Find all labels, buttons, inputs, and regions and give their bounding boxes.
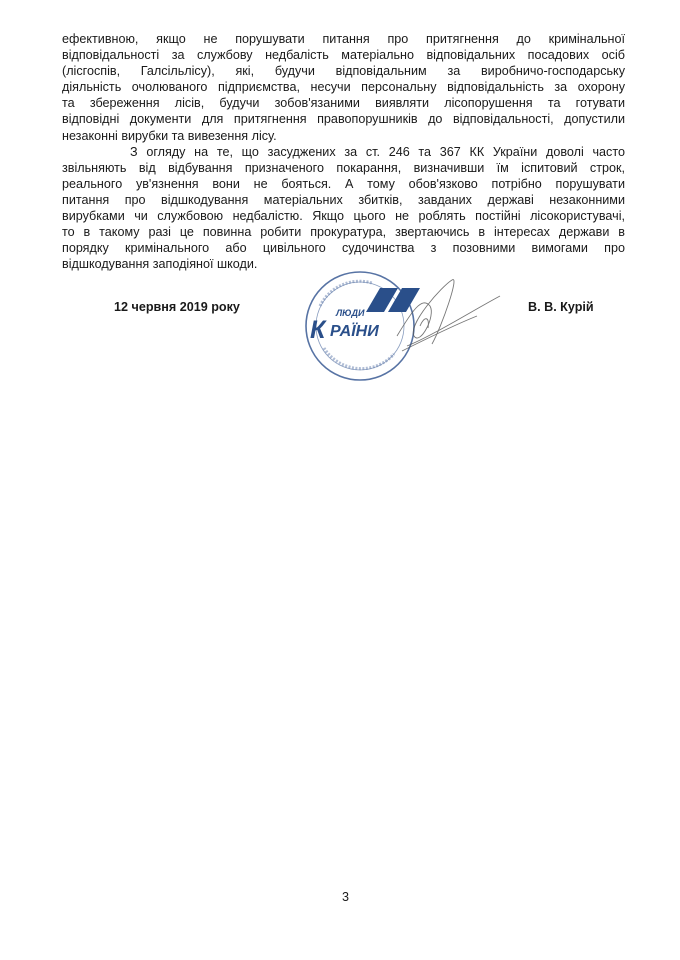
svg-text:ЛЮДИ: ЛЮДИ xyxy=(335,308,365,318)
signer-name: В. В. Курій xyxy=(528,300,594,314)
text-line: то в такому разі це повинна робити проку… xyxy=(62,224,625,240)
text-line: звільняють від відбування призначеного п… xyxy=(62,160,625,176)
text-line: питання про відшкодування матеріальних з… xyxy=(62,192,625,208)
text-line: ефективною, якщо не порушувати питання п… xyxy=(62,31,625,47)
stamp-and-signature: ЛЮДИ К РАЇНИ xyxy=(302,266,502,386)
text-line: вирубками чи службовою недбалістю. Якщо … xyxy=(62,208,625,224)
page-number: 3 xyxy=(342,890,349,904)
document-page: ефективною, якщо не порушувати питання п… xyxy=(0,0,680,960)
text-line: порядку кримінального або цивільного суд… xyxy=(62,240,625,256)
text-line: (лісгоспів, Галсільлісу), які, будучи ві… xyxy=(62,63,625,79)
text-line: відповідні документи для притягнення пра… xyxy=(62,111,625,127)
text-line: відповідальності за службову недбалість … xyxy=(62,47,625,63)
paragraph-1: ефективною, якщо не порушувати питання п… xyxy=(62,31,625,144)
document-date: 12 червня 2019 року xyxy=(114,300,240,314)
text-line: реального ув'язнення вони не бояться. А … xyxy=(62,176,625,192)
svg-text:К: К xyxy=(310,316,327,344)
document-body: ефективною, якщо не порушувати питання п… xyxy=(62,31,625,272)
paragraph-2: З огляду на те, що засуджених за ст. 246… xyxy=(62,144,625,273)
text-line: З огляду на те, що засуджених за ст. 246… xyxy=(62,144,625,160)
text-line: діяльність очолюваного підприємства, нес… xyxy=(62,79,625,95)
text-line: незаконні вирубки та вивезення лісу. xyxy=(62,128,625,144)
text-line: та збереження лісів, будучи зобов'язаним… xyxy=(62,95,625,111)
svg-text:РАЇНИ: РАЇНИ xyxy=(330,322,379,340)
